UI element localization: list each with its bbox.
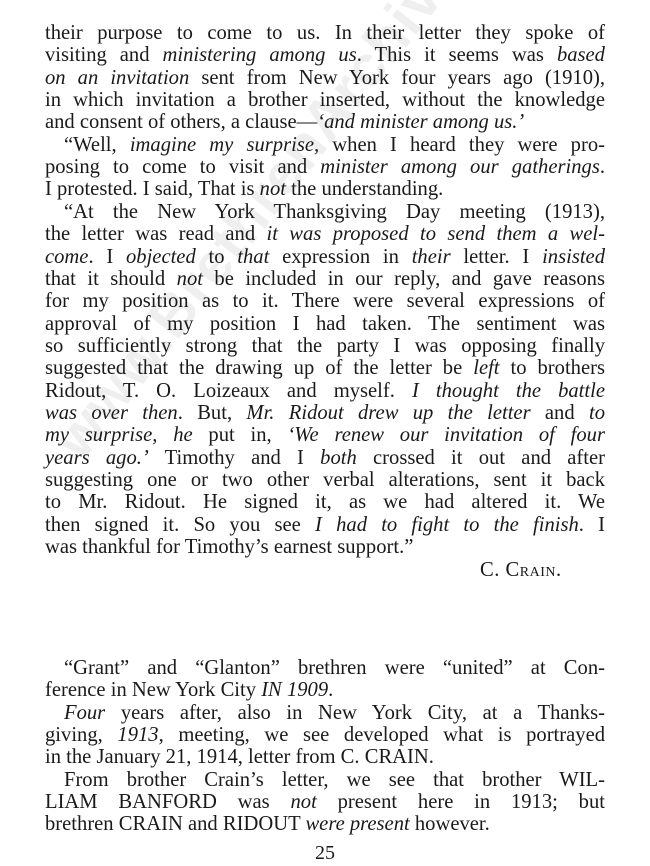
text-line: the letter was read and it was proposed … (45, 223, 605, 245)
text-line: then signed it. So you see I had to figh… (45, 514, 605, 536)
italic-text: based (557, 44, 605, 66)
text-line: approval of my position I had taken. The… (45, 313, 605, 335)
text-run: suggesting one or two other verbal alter… (45, 469, 605, 491)
text-run: however. (410, 813, 490, 835)
italic-text: that (237, 246, 269, 268)
text-run: present here in 1913; but (317, 791, 605, 813)
text-line: and consent of others, a clause—‘and min… (45, 111, 605, 133)
text-line: suggested that the drawing up of the let… (45, 357, 605, 379)
italic-text: ‘and minister among us.’ (317, 111, 524, 133)
text-line: giving, 1913, meeting, we see developed … (45, 724, 605, 746)
italic-text: objected (126, 246, 196, 268)
text-run: letter. I (451, 246, 542, 268)
text-run: visiting and (45, 44, 163, 66)
text-line: “At the New York Thanksgiving Day meetin… (64, 201, 605, 223)
italic-text: not (177, 268, 203, 290)
text-run: From brother Crain’s letter, we see that… (64, 769, 605, 791)
text-line: so sufficiently strong that the party I … (45, 335, 605, 357)
italic-text: not (260, 178, 286, 200)
italic-text: was over then (45, 402, 178, 424)
text-line: From brother Crain’s letter, we see that… (64, 769, 605, 791)
text-run: for my position as to it. There were sev… (45, 290, 605, 312)
text-run: crossed it out and after (357, 447, 605, 469)
text-line: was over then. But, Mr. Ridout drew up t… (45, 402, 605, 424)
text-run: to brothers (500, 357, 605, 379)
text-run: “At the New York Thanksgiving Day meetin… (64, 201, 605, 223)
text-run: that it should (45, 268, 177, 290)
text-run: I protested. I said, That is (45, 178, 260, 200)
italic-text: my surprise, he (45, 424, 193, 446)
italic-text: to (589, 402, 605, 424)
text-line: I protested. I said, That is not the und… (45, 178, 605, 200)
text-run: . I (579, 514, 605, 536)
text-line: suggesting one or two other verbal alter… (45, 469, 605, 491)
italic-text: IN 1909 (261, 679, 328, 701)
italic-text: left (473, 357, 499, 379)
italic-text: not (290, 791, 316, 813)
italic-text: imagine my surprise, (130, 134, 319, 156)
text-run: the understanding. (286, 178, 443, 200)
text-run: years after, also in New York City, at a… (105, 702, 605, 724)
text-line: come. I objected to that expression in t… (45, 246, 605, 268)
italic-text: on an invitation (45, 67, 189, 89)
text-run: . I (88, 246, 126, 268)
italic-text: years ago.’ (45, 447, 149, 469)
italic-text: Four (64, 702, 105, 724)
text-run: when I heard they were pro- (319, 134, 605, 156)
italic-text: ministering among us (163, 44, 357, 66)
italic-text: ‘We renew our invitation of four (287, 424, 605, 446)
text-run: approval of my position I had taken. The… (45, 313, 605, 335)
text-line: LIAM BANFORD was not present here in 191… (45, 791, 605, 813)
italic-text: Mr. Ridout drew up the letter (246, 402, 530, 424)
italic-text: minister among our gatherings (320, 156, 600, 178)
text-run: sent from New York four years ago (1910)… (189, 67, 605, 89)
text-line: Ridout, T. O. Loizeaux and myself. I tho… (45, 380, 605, 402)
text-run: brethren CRAIN and RIDOUT (45, 813, 305, 835)
text-run: Ridout, T. O. Loizeaux and myself. (45, 380, 412, 402)
text-run: was thankful for Timothy’s earnest suppo… (45, 536, 413, 558)
text-line: in the January 21, 1914, letter from C. … (45, 746, 605, 768)
text-line: posing to come to visit and minister amo… (45, 156, 605, 178)
text-line: “Grant” and “Glanton” brethren were “uni… (64, 657, 605, 679)
book-page: www.BrethrenArchive.org their purpose to… (0, 0, 650, 866)
text-line: their purpose to come to us. In their le… (45, 22, 605, 44)
text-line: brethren CRAIN and RIDOUT were present h… (45, 813, 605, 835)
text-run: Timothy and I (149, 447, 320, 469)
italic-text: their (412, 246, 451, 268)
text-line: my surprise, he put in, ‘We renew our in… (45, 424, 605, 446)
text-line: years ago.’ Timothy and I both crossed i… (45, 447, 605, 469)
text-run: expression in (269, 246, 411, 268)
text-run: posing to come to visit and (45, 156, 320, 178)
text-line: to Mr. Ridout. He signed it, as we had a… (45, 491, 605, 513)
italic-text: insisted (542, 246, 605, 268)
text-run: . This it seems was (357, 44, 557, 66)
text-run: in the January 21, 1914, letter from C. … (45, 746, 434, 768)
text-run: then signed it. So you see (45, 514, 315, 536)
text-line: Four years after, also in New York City,… (64, 702, 605, 724)
text-line: “Well, imagine my surprise, when I heard… (64, 134, 605, 156)
text-run: so sufficiently strong that the party I … (45, 335, 605, 357)
italic-text: were present (305, 813, 409, 835)
text-run: be included in our reply, and gave reaso… (203, 268, 605, 290)
text-line: that it should not be included in our re… (45, 268, 605, 290)
text-line: was thankful for Timothy’s earnest suppo… (45, 536, 605, 558)
text-line: in which invitation a brother inserted, … (45, 89, 605, 111)
letter-signature: C. Crain. (480, 559, 562, 581)
text-run: in which invitation a brother inserted, … (45, 89, 605, 111)
text-run: . (600, 156, 605, 178)
text-run: . (328, 679, 333, 701)
italic-text: both (320, 447, 357, 469)
text-run: to (196, 246, 238, 268)
text-run: LIAM BANFORD was (45, 791, 290, 813)
text-run: and consent of others, a clause— (45, 111, 317, 133)
text-run: their purpose to come to us. In their le… (45, 22, 605, 44)
text-run: put in, (193, 424, 288, 446)
italic-text: come (45, 246, 88, 268)
text-run: to Mr. Ridout. He signed it, as we had a… (45, 491, 605, 513)
italic-text: 1913 (117, 724, 158, 746)
text-run: , meeting, we see developed what is port… (159, 724, 605, 746)
text-line: for my position as to it. There were sev… (45, 290, 605, 312)
italic-text: I thought the battle (412, 380, 605, 402)
italic-text: it was proposed to send them a wel- (267, 223, 606, 245)
text-run: “Grant” and “Glanton” brethren were “uni… (64, 657, 605, 679)
text-run: the letter was read and (45, 223, 267, 245)
text-line: ference in New York City IN 1909. (45, 679, 605, 701)
text-line: on an invitation sent from New York four… (45, 67, 605, 89)
italic-text: I had to fight to the finish (315, 514, 579, 536)
text-run: “Well, (64, 134, 130, 156)
text-run: . But, (178, 402, 247, 424)
text-run: and (531, 402, 589, 424)
text-run: suggested that the drawing up of the let… (45, 357, 473, 379)
text-run: ference in New York City (45, 679, 261, 701)
text-line: visiting and ministering among us. This … (45, 44, 605, 66)
text-run: giving, (45, 724, 117, 746)
page-number: 25 (0, 842, 650, 864)
